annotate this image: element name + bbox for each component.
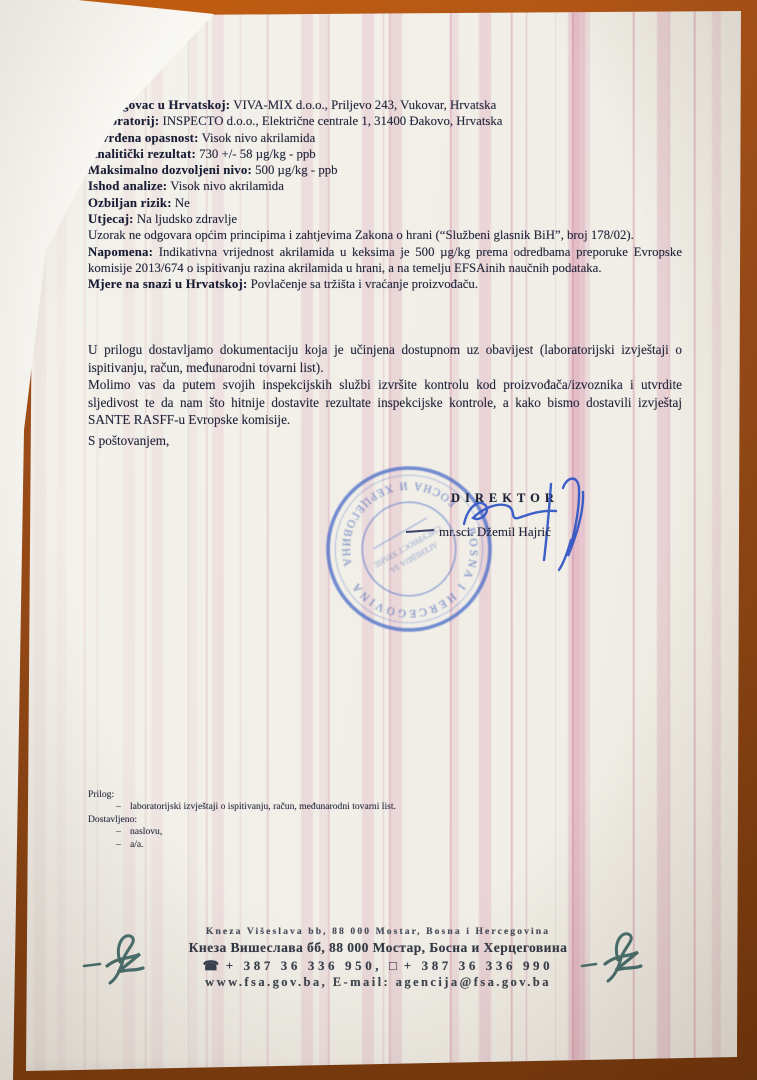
info-value: Povlačenje sa tržišta i vraćanje proizvo… bbox=[247, 277, 478, 291]
info-value: INSPECTO d.o.o., Električne centrale 1, … bbox=[159, 114, 502, 128]
attachments-block: Prilog: –laboratorijski izvještaji o isp… bbox=[88, 789, 518, 851]
info-line: Utjecaj: Na ljudsko zdravlje bbox=[88, 211, 682, 227]
info-line: Laboratorij: INSPECTO d.o.o., Električne… bbox=[88, 113, 682, 129]
dostavljeno-item: –naslovu, bbox=[88, 826, 518, 838]
footer-address-latin: Kneza Višeslava bb, 88 000 Mostar, Bosna… bbox=[118, 926, 638, 937]
info-value: Na ljudsko zdravlje bbox=[134, 212, 237, 226]
info-label: Analitički rezultat: bbox=[88, 147, 196, 161]
footer-web-email: www.fsa.gov.ba, E-mail: agencija@fsa.gov… bbox=[118, 975, 638, 990]
info-line: Uzorak ne odgovara općim principima i za… bbox=[88, 227, 682, 243]
info-line: Maksimalno dozvoljeni nivo: 500 µg/kg - … bbox=[88, 162, 682, 178]
info-value: Indikativna vrijednost akrilamida u keks… bbox=[88, 245, 682, 275]
prilog-item: –laboratorijski izvještaji o ispitivanju… bbox=[88, 801, 518, 813]
info-line: Mjere na snazi u Hrvatskoj: Povlačenje s… bbox=[88, 276, 682, 292]
info-label: Maksimalno dozvoljeni nivo: bbox=[88, 163, 252, 177]
dostavljeno-item: –a/a. bbox=[88, 839, 518, 851]
info-label: Ozbiljan rizik: bbox=[88, 196, 172, 210]
info-label: Napomena: bbox=[88, 245, 153, 259]
prilog-label: Prilog: bbox=[88, 789, 518, 801]
signer-name: mr.sci. Džemil Hajrić bbox=[439, 524, 551, 540]
body-paragraph: U prilogu dostavljamo dokumentaciju koja… bbox=[88, 341, 682, 376]
body-paragraph: Molimo vas da putem svojih inspekcijskih… bbox=[88, 376, 682, 429]
dash-bullet: – bbox=[116, 826, 130, 838]
info-value: Visok nivo akrilamida bbox=[199, 131, 316, 145]
info-label: Mjere na snazi u Hrvatskoj: bbox=[88, 277, 247, 291]
notification-info-block: Veletrgovac u Hrvatskoj: VIVA-MIX d.o.o.… bbox=[88, 97, 682, 293]
info-label: Ishod analize: bbox=[88, 179, 167, 193]
fax-icon: □ bbox=[389, 958, 397, 973]
info-line: Napomena: Indikativna vrijednost akrilam… bbox=[88, 244, 682, 277]
dostavljeno-label: Dostavljeno: bbox=[88, 814, 518, 826]
footer-phone-fax: ☎ + 387 36 336 950, □ + 387 36 336 990 bbox=[118, 958, 638, 974]
footer-fax-number: + 387 36 336 990 bbox=[404, 958, 554, 973]
info-value: 500 µg/kg - ppb bbox=[252, 163, 338, 177]
letterhead-footer: Kneza Višeslava bb, 88 000 Mostar, Bosna… bbox=[118, 926, 638, 990]
phone-icon: ☎ bbox=[203, 958, 219, 973]
info-line: Utvrđena opasnost: Visok nivo akrilamida bbox=[88, 130, 682, 146]
footer-address-cyrillic: Кнеза Вишеслава бб, 88 000 Мостар, Босна… bbox=[118, 940, 638, 956]
info-value: 730 +/- 58 µg/kg - ppb bbox=[196, 147, 316, 161]
info-value: Visok nivo akrilamida bbox=[167, 179, 284, 193]
info-line: Ishod analize: Visok nivo akrilamida bbox=[88, 178, 682, 194]
info-value: Ne bbox=[172, 196, 190, 210]
dash-bullet: – bbox=[116, 839, 130, 851]
info-line: Veletrgovac u Hrvatskoj: VIVA-MIX d.o.o.… bbox=[88, 97, 682, 113]
info-line: Ozbiljan rizik: Ne bbox=[88, 195, 682, 211]
body-paragraphs: U prilogu dostavljamo dokumentaciju koja… bbox=[88, 341, 682, 429]
info-line: Analitički rezultat: 730 +/- 58 µg/kg - … bbox=[88, 146, 682, 162]
document-photo: Veletrgovac u Hrvatskoj: VIVA-MIX d.o.o.… bbox=[0, 0, 757, 1080]
footer-phone-number: + 387 36 336 950, bbox=[226, 958, 382, 973]
info-value: VIVA-MIX d.o.o., Priljevo 243, Vukovar, … bbox=[230, 98, 496, 112]
info-value: Uzorak ne odgovara općim principima i za… bbox=[88, 228, 634, 242]
handwritten-signature bbox=[420, 440, 620, 590]
document-page: Veletrgovac u Hrvatskoj: VIVA-MIX d.o.o.… bbox=[0, 0, 757, 1080]
dash-bullet: – bbox=[116, 801, 130, 813]
info-label: Utjecaj: bbox=[88, 212, 134, 226]
